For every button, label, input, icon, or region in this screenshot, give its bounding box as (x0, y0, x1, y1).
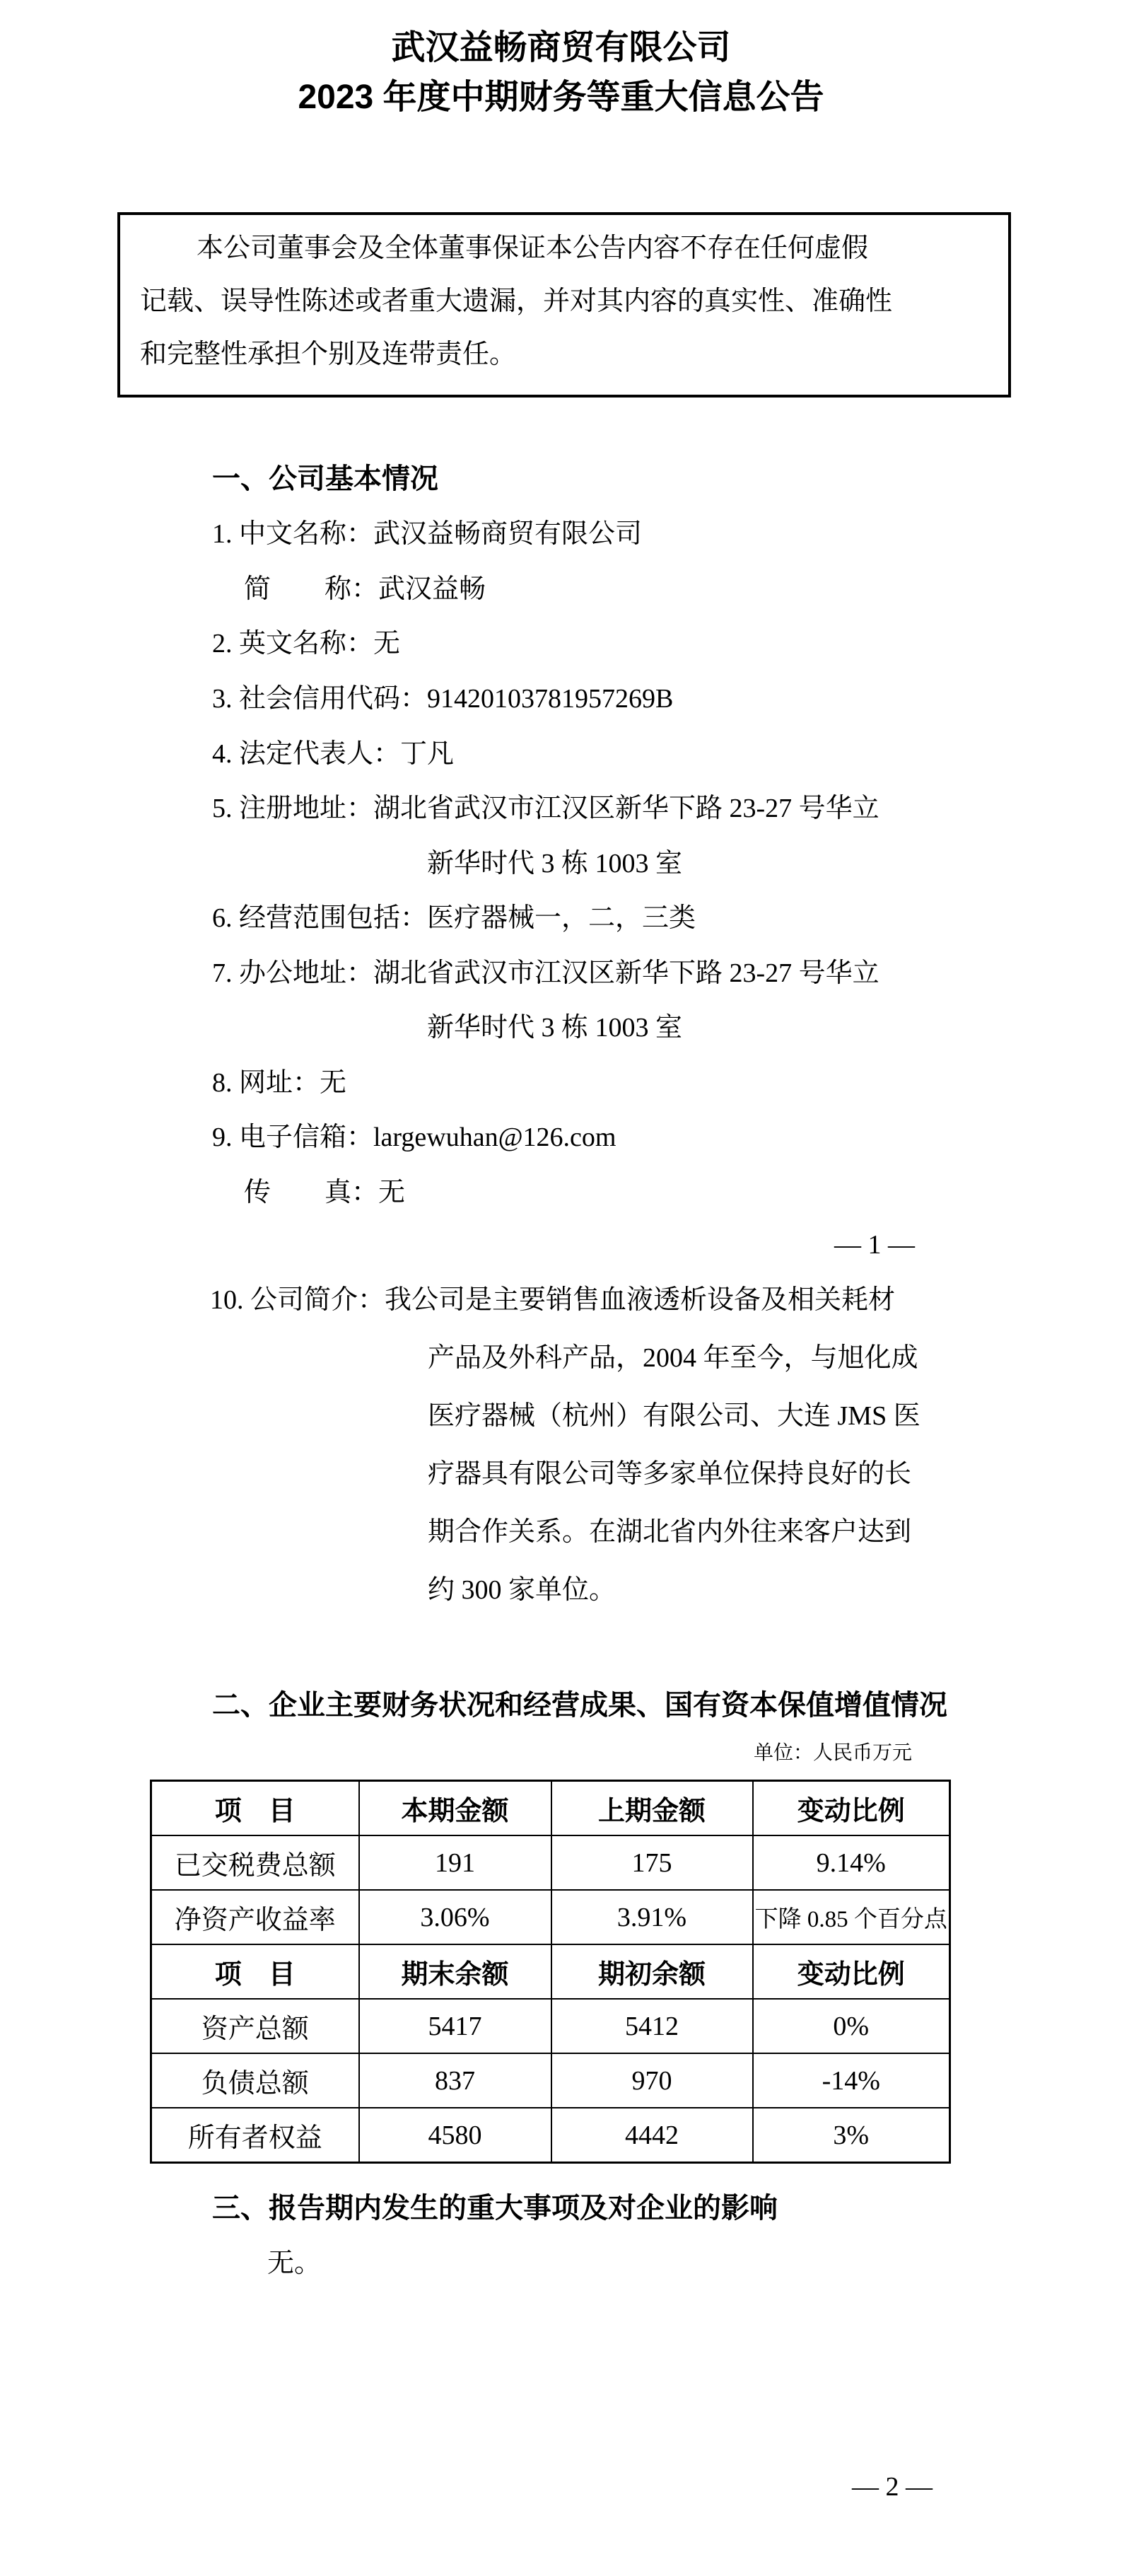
info-line-reg-address-2: 新华时代 3 栋 1003 室 (427, 836, 682, 891)
table-header-cell: 变动比例 (753, 1781, 950, 1836)
table-header-cell: 上期金额 (551, 1781, 753, 1836)
table-header-cell: 变动比例 (753, 1944, 950, 1999)
table-header-row: 项 目 本期金额 上期金额 变动比例 (151, 1781, 950, 1836)
info-line-short-name: 简 称：武汉益畅 (244, 562, 486, 617)
table-cell: 3.91% (551, 1890, 753, 1944)
table-header-cell: 期初余额 (551, 1944, 753, 1999)
info-line-business-scope: 6. 经营范围包括：医疗器械一，二，三类 (212, 890, 696, 946)
company-profile-line: 10. 公司简介：我公司是主要销售血液透析设备及相关耗材 (210, 1272, 895, 1328)
table-cell: 资产总额 (151, 1999, 359, 2053)
company-profile-line: 产品及外科产品，2004 年至今，与旭化成 (428, 1330, 918, 1386)
notice-line: 本公司董事会及全体董事保证本公告内容不存在任何虚假 (140, 222, 988, 275)
currency-unit-note: 单位：人民币万元 (754, 1741, 912, 1765)
table-cell: 净资产收益率 (151, 1890, 359, 1944)
company-profile-line: 疗器具有限公司等多家单位保持良好的长 (428, 1446, 911, 1502)
table-cell: 4442 (551, 2108, 753, 2163)
page2-number: — 2 — (852, 2471, 933, 2502)
table-cell: 3% (753, 2108, 950, 2163)
info-line-reg-address: 5. 注册地址：湖北省武汉市江汉区新华下路 23-27 号华立 (212, 781, 880, 836)
table-row-liabilities: 负债总额 837 970 -14% (151, 2053, 950, 2108)
table-cell: 0% (753, 1999, 950, 2053)
info-line-website: 8. 网址：无 (212, 1055, 346, 1110)
table-cell: 9.14% (753, 1835, 950, 1890)
table-cell: 负债总额 (151, 2053, 359, 2108)
info-line-chinese-name: 1. 中文名称：武汉益畅商贸有限公司 (212, 506, 642, 562)
info-line-legal-rep: 4. 法定代表人：丁凡 (212, 726, 454, 782)
notice-line: 和完整性承担个别及连带责任。 (140, 328, 988, 381)
info-line-office-address: 7. 办公地址：湖北省武汉市江汉区新华下路 23-27 号华立 (212, 946, 880, 1001)
table-header-cell: 项 目 (151, 1944, 359, 1999)
table-cell: 175 (551, 1835, 753, 1890)
table-cell: 所有者权益 (151, 2108, 359, 2163)
section3-body: 无。 (267, 2236, 321, 2291)
table-header-cell: 项 目 (151, 1781, 359, 1836)
table-row-equity: 所有者权益 4580 4442 3% (151, 2108, 950, 2163)
table-row-taxes: 已交税费总额 191 175 9.14% (151, 1835, 950, 1890)
info-line-english-name: 2. 英文名称：无 (212, 616, 400, 671)
table-cell: 191 (359, 1835, 551, 1890)
info-line-office-address-2: 新华时代 3 栋 1003 室 (427, 1000, 682, 1055)
table-cell: 已交税费总额 (151, 1835, 359, 1890)
company-profile-line: 约 300 家单位。 (428, 1562, 616, 1618)
page-title-line2: 2023 年度中期财务等重大信息公告 (0, 78, 1122, 117)
section3-heading: 三、报告期内发生的重大事项及对企业的影响 (212, 2181, 778, 2236)
section2-heading: 二、企业主要财务状况和经营成果、国有资本保值增值情况 (212, 1678, 947, 1733)
notice-line: 记载、误导性陈述或者重大遗漏，并对其内容的真实性、准确性 (140, 275, 988, 328)
page1-number: — 1 — (834, 1229, 915, 1260)
announcement-document: 武汉益畅商贸有限公司 2023 年度中期财务等重大信息公告 本公司董事会及全体董… (0, 0, 1122, 2576)
info-line-email: 9. 电子信箱：largewuhan@126.com (212, 1110, 616, 1165)
table-row-assets: 资产总额 5417 5412 0% (151, 1999, 950, 2053)
section1-heading: 一、公司基本情况 (212, 451, 438, 506)
table-cell: 837 (359, 2053, 551, 2108)
info-line-credit-code: 3. 社会信用代码：91420103781957269B (212, 671, 673, 726)
board-guarantee-notice-box: 本公司董事会及全体董事保证本公告内容不存在任何虚假 记载、误导性陈述或者重大遗漏… (117, 212, 1011, 398)
table-row-roe: 净资产收益率 3.06% 3.91% 下降 0.85 个百分点 (151, 1890, 950, 1944)
company-profile-line: 期合作关系。在湖北省内外往来客户达到 (428, 1504, 911, 1560)
table-cell: 4580 (359, 2108, 551, 2163)
financial-table: 项 目 本期金额 上期金额 变动比例 已交税费总额 191 175 9.14% … (150, 1780, 951, 2164)
table-cell: 5412 (551, 1999, 753, 2053)
table-header-cell: 本期金额 (359, 1781, 551, 1836)
table-cell: 5417 (359, 1999, 551, 2053)
table-cell: 下降 0.85 个百分点 (753, 1890, 950, 1944)
company-profile-line: 医疗器械（杭州）有限公司、大连 JMS 医 (428, 1388, 921, 1444)
table-header-row: 项 目 期末余额 期初余额 变动比例 (151, 1944, 950, 1999)
table-cell: 970 (551, 2053, 753, 2108)
table-header-cell: 期末余额 (359, 1944, 551, 1999)
info-line-fax: 传 真：无 (244, 1165, 405, 1220)
table-cell: 3.06% (359, 1890, 551, 1944)
table-cell: -14% (753, 2053, 950, 2108)
page-title-line1: 武汉益畅商贸有限公司 (0, 28, 1122, 68)
